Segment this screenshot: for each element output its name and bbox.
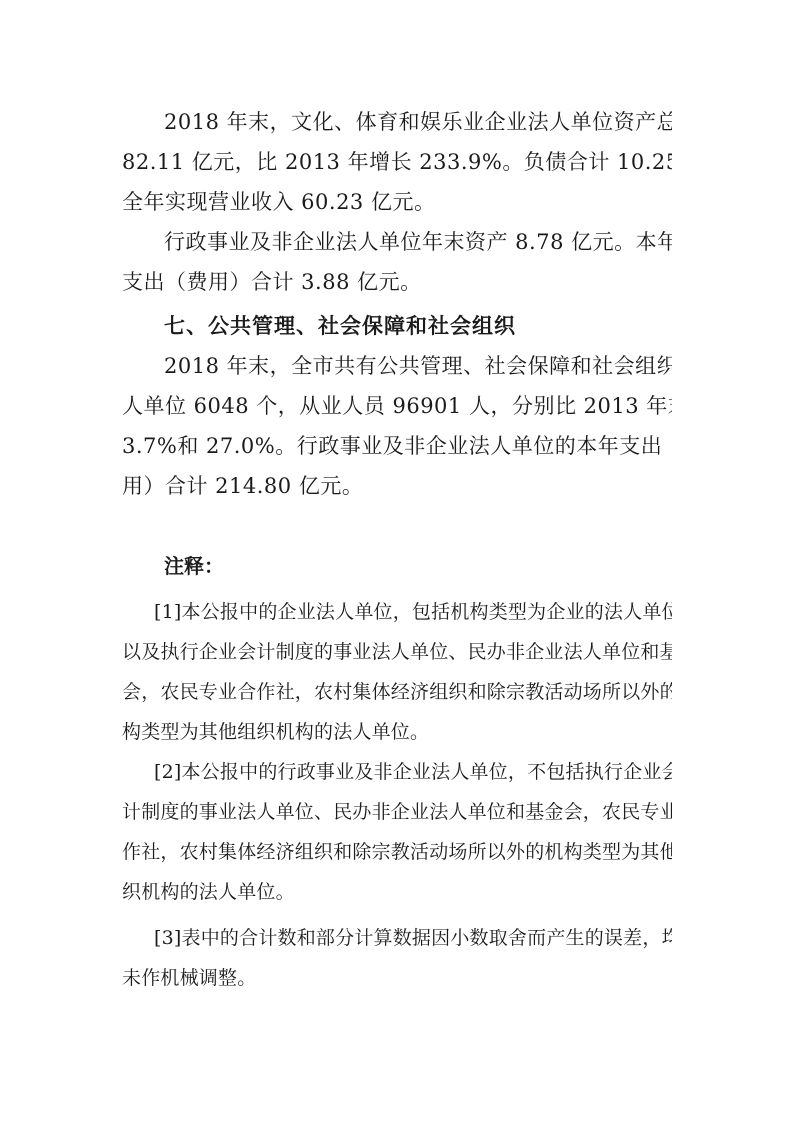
text-line: [1]本公报中的企业法人单位，包括机构类型为企业的法人单位，	[122, 592, 672, 632]
text-line: 计制度的事业法人单位、民办非企业法人单位和基金会，农民专业合	[122, 792, 672, 832]
text-line: 人单位 6048 个，从业人员 96901 人，分别比 2013 年末下降	[122, 386, 672, 426]
document-page: 2018 年末，文化、体育和娱乐业企业法人单位资产总计 82.11 亿元，比 2…	[0, 0, 793, 1122]
text-line: 作社，农村集体经济组织和除宗教活动场所以外的机构类型为其他组	[122, 832, 672, 872]
paragraph-public-management: 2018 年末，全市共有公共管理、社会保障和社会组织法 人单位 6048 个，从…	[122, 346, 672, 506]
text-line: 3.7%和 27.0%。行政事业及非企业法人单位的本年支出（费	[122, 426, 672, 466]
paragraph-culture-sports-entertainment: 2018 年末，文化、体育和娱乐业企业法人单位资产总计 82.11 亿元，比 2…	[122, 102, 672, 222]
note-3: [3]表中的合计数和部分计算数据因小数取舍而产生的误差，均 未作机械调整。	[122, 918, 672, 998]
text-line: 全年实现营业收入 60.23 亿元。	[122, 182, 672, 222]
text-line: 行政事业及非企业法人单位年末资产 8.78 亿元。本年	[122, 222, 672, 262]
text-line: 82.11 亿元，比 2013 年增长 233.9%。负债合计 10.25 亿元…	[122, 142, 672, 182]
note-1: [1]本公报中的企业法人单位，包括机构类型为企业的法人单位， 以及执行企业会计制…	[122, 592, 672, 752]
text-line: [2]本公报中的行政事业及非企业法人单位，不包括执行企业会	[122, 752, 672, 792]
text-line: 构类型为其他组织机构的法人单位。	[122, 712, 672, 752]
text-line: 以及执行企业会计制度的事业法人单位、民办非企业法人单位和基金	[122, 632, 672, 672]
section-heading: 七、公共管理、社会保障和社会组织	[122, 306, 672, 346]
text-line: 支出（费用）合计 3.88 亿元。	[122, 262, 672, 302]
text-line: 2018 年末，全市共有公共管理、社会保障和社会组织法	[122, 346, 672, 386]
text-line: [3]表中的合计数和部分计算数据因小数取舍而产生的误差，均	[122, 918, 672, 958]
page-text-block: 2018 年末，文化、体育和娱乐业企业法人单位资产总计 82.11 亿元，比 2…	[122, 102, 672, 998]
text-line: 织机构的法人单位。	[122, 872, 672, 912]
text-line: 未作机械调整。	[122, 958, 672, 998]
notes-title: 注释：	[122, 546, 672, 586]
note-2: [2]本公报中的行政事业及非企业法人单位，不包括执行企业会 计制度的事业法人单位…	[122, 752, 672, 912]
paragraph-admin-non-enterprise: 行政事业及非企业法人单位年末资产 8.78 亿元。本年 支出（费用）合计 3.8…	[122, 222, 672, 302]
text-line: 2018 年末，文化、体育和娱乐业企业法人单位资产总计	[122, 102, 672, 142]
text-line: 用）合计 214.80 亿元。	[122, 466, 672, 506]
text-line: 会，农民专业合作社，农村集体经济组织和除宗教活动场所以外的机	[122, 672, 672, 712]
